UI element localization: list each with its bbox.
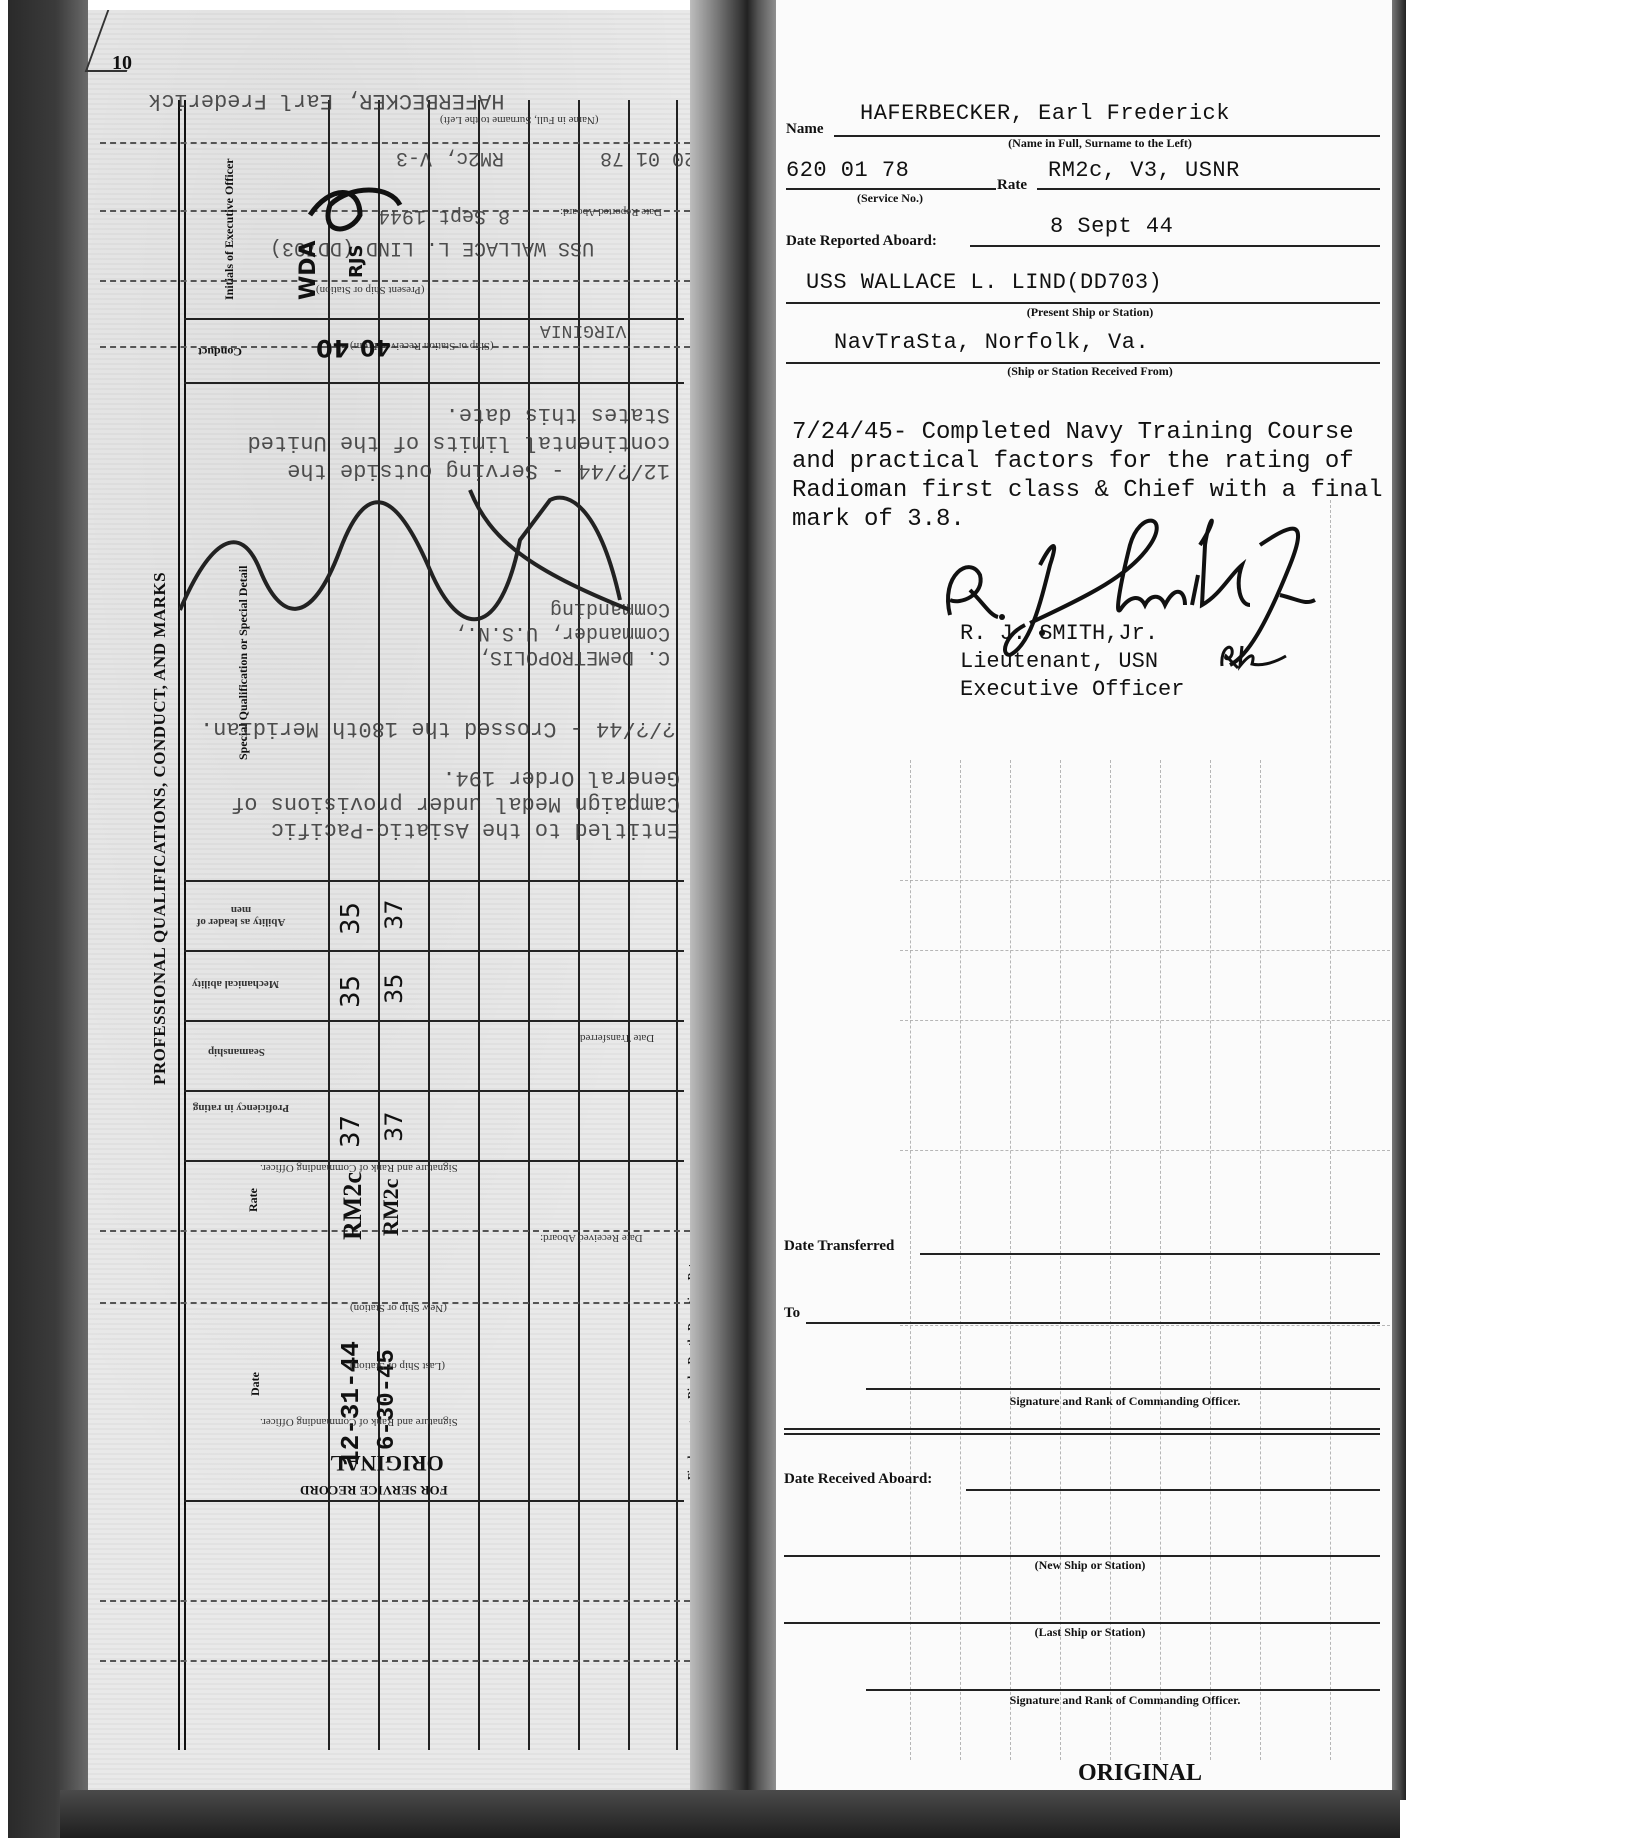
service-no-rule — [786, 188, 996, 190]
present-ship-value: USS WALLACE L. LIND(DD703) — [806, 270, 1162, 295]
note-line: Radioman first class & Chief with a fina… — [792, 476, 1392, 505]
rule — [184, 880, 684, 882]
rule — [184, 382, 684, 384]
name-value: HAFERBECKER, Earl Frederick — [860, 101, 1230, 126]
lp-for-service-record: FOR SERVICE RECORD — [300, 1482, 448, 1498]
date-reported-label: Date Reported Aboard: — [786, 233, 937, 250]
service-no-caption: (Service No.) — [830, 191, 950, 206]
dashed-rule — [100, 142, 690, 144]
special-entry: 12/?/44 - Serving outside the continenta… — [180, 400, 670, 484]
rule — [184, 1020, 684, 1022]
grid-line — [1330, 500, 1331, 1760]
rate-col2: RM2c — [378, 1179, 404, 1236]
grid-line — [1110, 760, 1111, 1760]
signer-rank: Lieutenant, USN — [960, 648, 1184, 676]
grid-line — [900, 950, 1390, 951]
lp-received-from-value: VIRGINIA — [540, 320, 626, 340]
proficiency-col2: 37 — [380, 1111, 408, 1142]
signature-rule-1[interactable] — [866, 1388, 1380, 1390]
label-date: Date — [248, 1372, 263, 1396]
last-ship-caption: (Last Ship or Station) — [1000, 1625, 1180, 1640]
signer-block: R. J. SMITH,Jr. Lieutenant, USN Executiv… — [960, 620, 1184, 704]
lp-name-caption: (Name in Full, Surname to the Left) — [440, 114, 599, 126]
section-divider — [784, 1433, 1380, 1435]
grid-line — [1260, 760, 1261, 1760]
signer-name: R. J. SMITH,Jr. — [960, 620, 1184, 648]
present-ship-rule — [786, 302, 1380, 304]
new-ship-caption: (New Ship or Station) — [1000, 1558, 1180, 1573]
rule — [184, 1500, 684, 1502]
dashed-rule — [100, 280, 690, 282]
dashed-rule — [100, 1600, 690, 1602]
grid-line — [900, 1325, 1390, 1326]
lp-original: ORIGINAL — [330, 1450, 444, 1476]
section-title: PROFESSIONAL QUALIFICATIONS, CONDUCT, AN… — [150, 572, 170, 1085]
rule — [184, 950, 684, 952]
initials-col1: WDA — [296, 240, 321, 300]
grid-line — [900, 1150, 1390, 1151]
lp-rate-value: RM2c, V-3 — [396, 146, 504, 169]
rate-col1: RM2c — [338, 1172, 368, 1240]
signer-title: Executive Officer — [960, 676, 1184, 704]
xo-initials-scribble — [300, 175, 410, 245]
scan-background-shadow — [8, 0, 88, 1838]
initials-col2: RJS — [346, 244, 367, 278]
lp-name-value: HAFERBECKER, Earl Frederick — [148, 88, 504, 113]
lp-date-transferred: Date Transferred — [580, 1032, 654, 1044]
signature-caption-2: Signature and Rank of Commanding Officer… — [960, 1693, 1290, 1708]
note-line: 7/24/45- Completed Navy Training Course — [792, 418, 1392, 447]
grid-line — [900, 1020, 1390, 1021]
new-ship-rule[interactable] — [784, 1555, 1380, 1557]
date-received-label: Date Received Aboard: — [784, 1471, 932, 1488]
section-divider — [784, 1428, 1380, 1430]
leader-col2: 37 — [380, 899, 408, 930]
grid-line — [1010, 760, 1011, 1760]
right-page — [776, 0, 1396, 1790]
leader-col1: 35 — [336, 902, 366, 935]
grid-line — [1210, 760, 1211, 1760]
lp-present-ship-label: (Present Ship or Station) — [316, 284, 424, 296]
grid-line — [910, 760, 911, 1760]
signature-caption-1: Signature and Rank of Commanding Officer… — [960, 1394, 1290, 1409]
page-edge-shadow — [1392, 0, 1406, 1800]
date-reported-value: 8 Sept 44 — [1050, 214, 1173, 239]
name-caption: (Name in Full, Surname to the Left) — [960, 136, 1240, 151]
commander-signature — [170, 480, 650, 650]
note-line: and practical factors for the rating of — [792, 447, 1392, 476]
conduct-col1: 40 — [316, 334, 349, 362]
lp-signature-label-2: Signature and Rank of Commanding Officer… — [260, 1416, 458, 1428]
rate-label: Rate — [997, 177, 1027, 194]
label-mechanical-ability: Mechanical ability — [192, 978, 279, 990]
lp-date-reported-label: Date Reported Aboard: — [560, 206, 662, 218]
label-ability-as-leader: Ability as leader of men — [186, 904, 296, 928]
grid-line — [1060, 760, 1061, 1760]
date-transferred-rule[interactable] — [920, 1253, 1380, 1255]
special-entry: ?/?/44 - Crossed the 180th Meridian. — [200, 716, 675, 741]
lp-date-received: Date Received Aboard: — [540, 1232, 643, 1244]
received-from-value: NavTraSta, Norfolk, Va. — [834, 330, 1149, 355]
name-label: Name — [786, 121, 824, 138]
service-no-value: 620 01 78 — [786, 158, 909, 183]
mechanical-col1: 35 — [336, 975, 366, 1008]
rate-rule — [1037, 188, 1380, 190]
label-conduct: Conduct — [198, 344, 242, 359]
mechanical-col2: 35 — [380, 973, 408, 1004]
label-initials-xo: Initials of Executive Officer — [222, 158, 237, 300]
left-page — [88, 10, 778, 1790]
grid-line — [1160, 760, 1161, 1760]
present-ship-caption: (Present Ship or Station) — [1000, 305, 1180, 320]
date-reported-rule — [970, 245, 1380, 247]
scanned-record: 10 PROFESSIONAL QUALIFICATIONS, CONDUCT,… — [0, 0, 1642, 1838]
lp-signature-label: Signature and Rank of Commanding Officer… — [260, 1162, 458, 1174]
lp-new-ship: (New Ship or Station) — [350, 1302, 447, 1314]
date-received-rule[interactable] — [966, 1489, 1380, 1491]
to-label: To — [784, 1305, 800, 1322]
rate-value: RM2c, V3, USNR — [1048, 158, 1240, 183]
proficiency-col1: 37 — [336, 1115, 366, 1148]
rule — [184, 1090, 684, 1092]
label-rate: Rate — [246, 1188, 261, 1212]
special-entry: Entitled to the Asiatic-Pacific Campaign… — [220, 764, 680, 842]
grid-line — [960, 760, 961, 1760]
received-from-caption: (Ship or Station Received From) — [980, 364, 1200, 379]
signer-initials — [1216, 636, 1296, 676]
dashed-rule — [100, 1660, 690, 1662]
signature-rule-2[interactable] — [866, 1689, 1380, 1691]
date-transferred-label: Date Transferred — [784, 1238, 894, 1255]
last-ship-rule[interactable] — [784, 1622, 1380, 1624]
to-rule[interactable] — [806, 1322, 1380, 1324]
grid-line — [900, 880, 1390, 881]
label-proficiency: Proficiency in rating — [186, 1102, 296, 1114]
lp-last-ship: (Last Ship or Station) — [350, 1360, 445, 1372]
label-seamanship: Seamanship — [208, 1046, 265, 1058]
scan-bottom-shadow — [60, 1790, 1400, 1838]
page-number: 10 — [112, 52, 132, 75]
conduct-col2: 40 — [360, 334, 391, 359]
footer-original: ORIGINAL — [1040, 1760, 1240, 1787]
